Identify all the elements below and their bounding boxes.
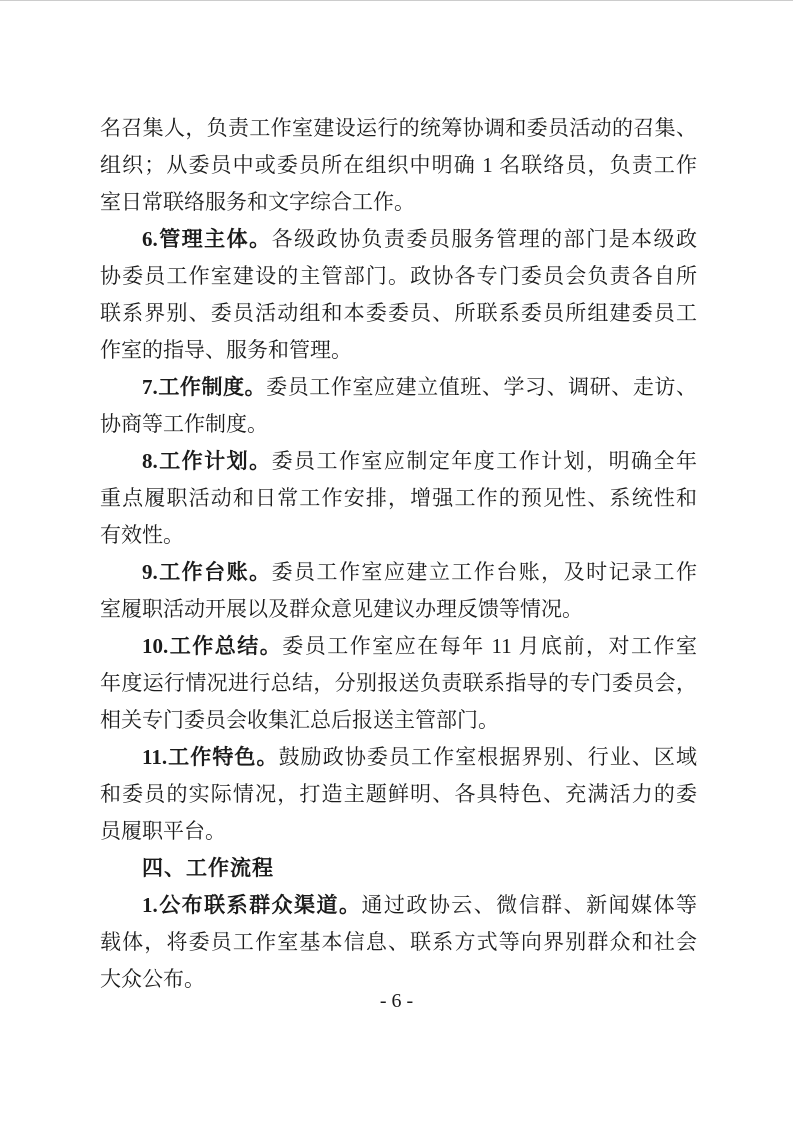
text-line: 10.工作总结。委员工作室应在每年 11 月底前，对工作室 [100, 628, 697, 665]
paragraph-lead: 10.工作总结。 [142, 634, 282, 658]
paragraph-text: 联系界别、委员活动组和本委委员、所联系委员所组建委员工 [100, 301, 697, 325]
paragraph-text: 委员工作室应在每年 11 月底前，对工作室 [282, 634, 697, 658]
paragraph-text: 大众公布。 [100, 967, 205, 991]
paragraph-lead: 8.工作计划。 [142, 449, 272, 473]
paragraph-lead: 6.管理主体。 [142, 227, 272, 251]
section-heading: 四、工作流程 [100, 850, 697, 887]
text-line: 协商等工作制度。 [100, 406, 697, 443]
paragraph-lead: 9.工作台账。 [142, 560, 272, 584]
paragraph-lead: 11.工作特色。 [142, 745, 279, 769]
paragraph-text: 载体，将委员工作室基本信息、联系方式等向界别群众和社会 [100, 930, 697, 954]
paragraph-text: 委员工作室应建立值班、学习、调研、走访、 [266, 375, 697, 399]
text-line: 名召集人，负责工作室建设运行的统筹协调和委员活动的召集、 [100, 110, 697, 147]
text-line: 重点履职活动和日常工作安排，增强工作的预见性、系统性和 [100, 480, 697, 517]
paragraph-text: 员履职平台。 [100, 819, 226, 843]
paragraph-text: 年度运行情况进行总结，分别报送负责联系指导的专门委员会， [100, 671, 697, 695]
scan-edge-line [0, 0, 793, 1]
text-line: 8.工作计划。委员工作室应制定年度工作计划，明确全年 [100, 443, 697, 480]
text-line: 组织；从委员中或委员所在组织中明确 1 名联络员，负责工作 [100, 147, 697, 184]
text-line: 相关专门委员会收集汇总后报送主管部门。 [100, 702, 697, 739]
paragraph-text: 室日常联络服务和文字综合工作。 [100, 190, 415, 214]
paragraph-text: 委员工作室应建立工作台账，及时记录工作 [272, 560, 697, 584]
paragraph-text: 鼓励政协委员工作室根据界别、行业、区域 [279, 745, 697, 769]
paragraph-text: 协委员工作室建设的主管部门。政协各专门委员会负责各自所 [100, 264, 697, 288]
paragraph-text: 组织；从委员中或委员所在组织中明确 1 名联络员，负责工作 [100, 153, 697, 177]
paragraph-lead: 1.公布联系群众渠道。 [142, 893, 361, 917]
paragraph-lead: 四、工作流程 [142, 857, 274, 880]
text-line: 作室的指导、服务和管理。 [100, 332, 697, 369]
text-line: 7.工作制度。委员工作室应建立值班、学习、调研、走访、 [100, 369, 697, 406]
paragraph-text: 通过政协云、微信群、新闻媒体等 [361, 893, 697, 917]
paragraph-text: 相关专门委员会收集汇总后报送主管部门。 [100, 708, 499, 732]
paragraph-lead: 7.工作制度。 [142, 375, 266, 399]
text-line: 室日常联络服务和文字综合工作。 [100, 184, 697, 221]
text-line: 年度运行情况进行总结，分别报送负责联系指导的专门委员会， [100, 665, 697, 702]
text-line: 6.管理主体。各级政协负责委员服务管理的部门是本级政 [100, 221, 697, 258]
text-line: 室履职活动开展以及群众意见建议办理反馈等情况。 [100, 591, 697, 628]
document-body: 名召集人，负责工作室建设运行的统筹协调和委员活动的召集、组织；从委员中或委员所在… [100, 110, 697, 998]
paragraph-text: 名召集人，负责工作室建设运行的统筹协调和委员活动的召集、 [100, 116, 697, 140]
paragraph-text: 协商等工作制度。 [100, 412, 268, 436]
paragraph-text: 室履职活动开展以及群众意见建议办理反馈等情况。 [100, 597, 583, 621]
text-line: 联系界别、委员活动组和本委委员、所联系委员所组建委员工 [100, 295, 697, 332]
text-line: 有效性。 [100, 517, 697, 554]
paragraph-text: 各级政协负责委员服务管理的部门是本级政 [272, 227, 697, 251]
paragraph-text: 和委员的实际情况，打造主题鲜明、各具特色、充满活力的委 [100, 782, 697, 806]
text-line: 11.工作特色。鼓励政协委员工作室根据界别、行业、区域 [100, 739, 697, 776]
text-line: 和委员的实际情况，打造主题鲜明、各具特色、充满活力的委 [100, 776, 697, 813]
paragraph-text: 重点履职活动和日常工作安排，增强工作的预见性、系统性和 [100, 486, 697, 510]
paragraph-text: 作室的指导、服务和管理。 [100, 338, 352, 362]
text-line: 载体，将委员工作室基本信息、联系方式等向界别群众和社会 [100, 924, 697, 961]
text-line: 员履职平台。 [100, 813, 697, 850]
paragraph-text: 有效性。 [100, 523, 184, 547]
paragraph-text: 委员工作室应制定年度工作计划，明确全年 [272, 449, 697, 473]
text-line: 1.公布联系群众渠道。通过政协云、微信群、新闻媒体等 [100, 887, 697, 924]
page-number: - 6 - [0, 990, 793, 1013]
text-line: 协委员工作室建设的主管部门。政协各专门委员会负责各自所 [100, 258, 697, 295]
text-line: 9.工作台账。委员工作室应建立工作台账，及时记录工作 [100, 554, 697, 591]
